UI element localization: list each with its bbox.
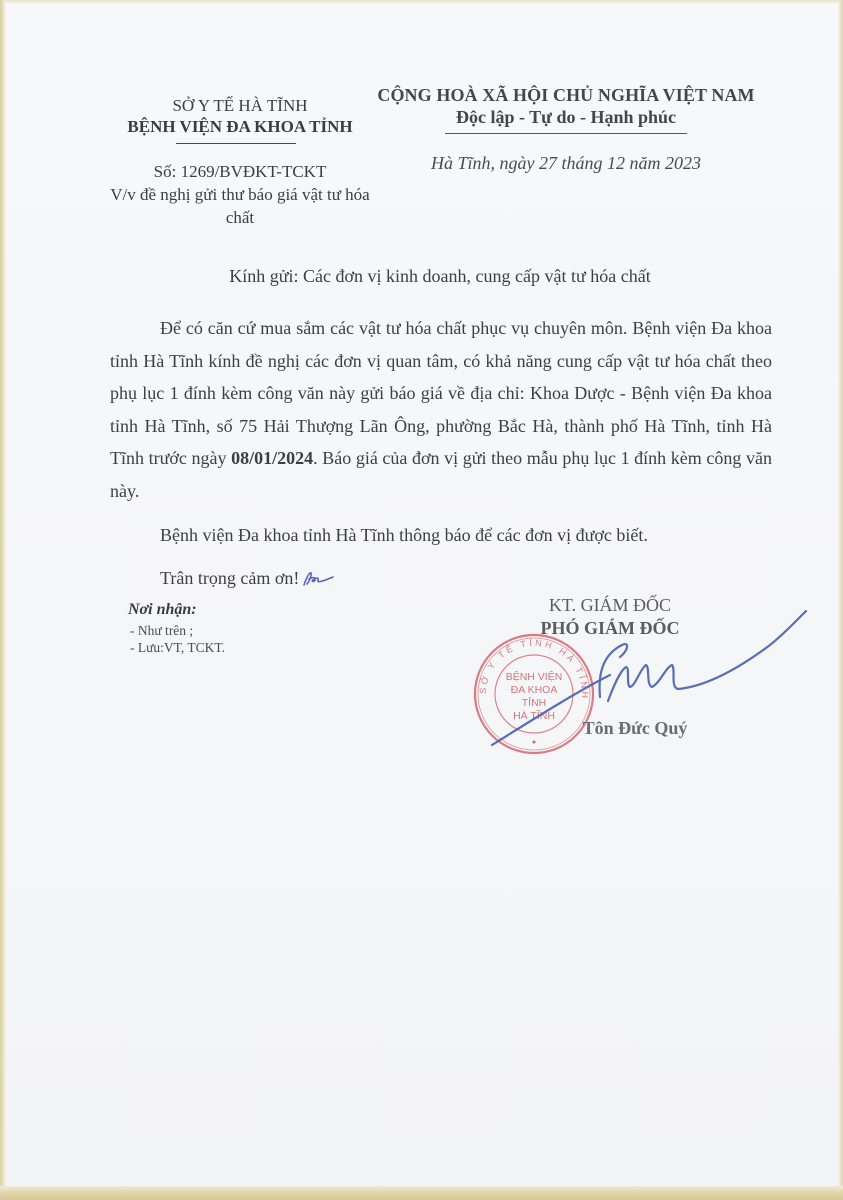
receiver-item: - Như trên ;	[130, 623, 193, 639]
document-number: Số: 1269/BVĐKT-TCKT	[110, 162, 370, 182]
initials-mark-icon	[301, 568, 335, 588]
paper-edge-left	[0, 0, 6, 1200]
motto-underline	[445, 133, 687, 134]
body-paragraph-1: Để có căn cứ mua sắm các vật tư hóa chất…	[110, 312, 772, 507]
organization-underline	[176, 143, 296, 144]
issuing-organization: BỆNH VIỆN ĐA KHOA TỈNH	[100, 117, 380, 137]
paper-edge-right	[838, 0, 843, 1200]
issuing-department: SỞ Y TẾ HÀ TĨNH	[110, 96, 370, 116]
paper-edge-top	[0, 0, 843, 4]
national-title: CỘNG HOÀ XÃ HỘI CHỦ NGHĨA VIỆT NAM	[366, 85, 766, 106]
paper-edge-bottom	[0, 1186, 843, 1200]
body-paragraph-2: Bệnh viện Đa khoa tỉnh Hà Tĩnh thông báo…	[160, 519, 780, 552]
receivers-title: Nơi nhận:	[128, 601, 197, 619]
place-and-date: Hà Tĩnh, ngày 27 tháng 12 năm 2023	[366, 153, 766, 174]
body-paragraph-1-text: Để có căn cứ mua sắm các vật tư hóa chất…	[110, 318, 772, 468]
closing-text: Trân trọng cảm ơn!	[160, 568, 299, 588]
handwritten-signature-icon	[480, 605, 810, 755]
document-page: SỞ Y TẾ HÀ TĨNH BỆNH VIỆN ĐA KHOA TỈNH S…	[0, 0, 843, 1200]
document-subject: V/v đề nghị gửi thư báo giá vật tư hóa c…	[104, 183, 376, 229]
receiver-item: - Lưu:VT, TCKT.	[130, 640, 225, 656]
recipient-line: Kính gửi: Các đơn vị kinh doanh, cung cấ…	[100, 266, 780, 287]
closing-line: Trân trọng cảm ơn!	[160, 562, 460, 595]
national-motto: Độc lập - Tự do - Hạnh phúc	[366, 107, 766, 128]
deadline-date: 08/01/2024	[231, 448, 313, 468]
